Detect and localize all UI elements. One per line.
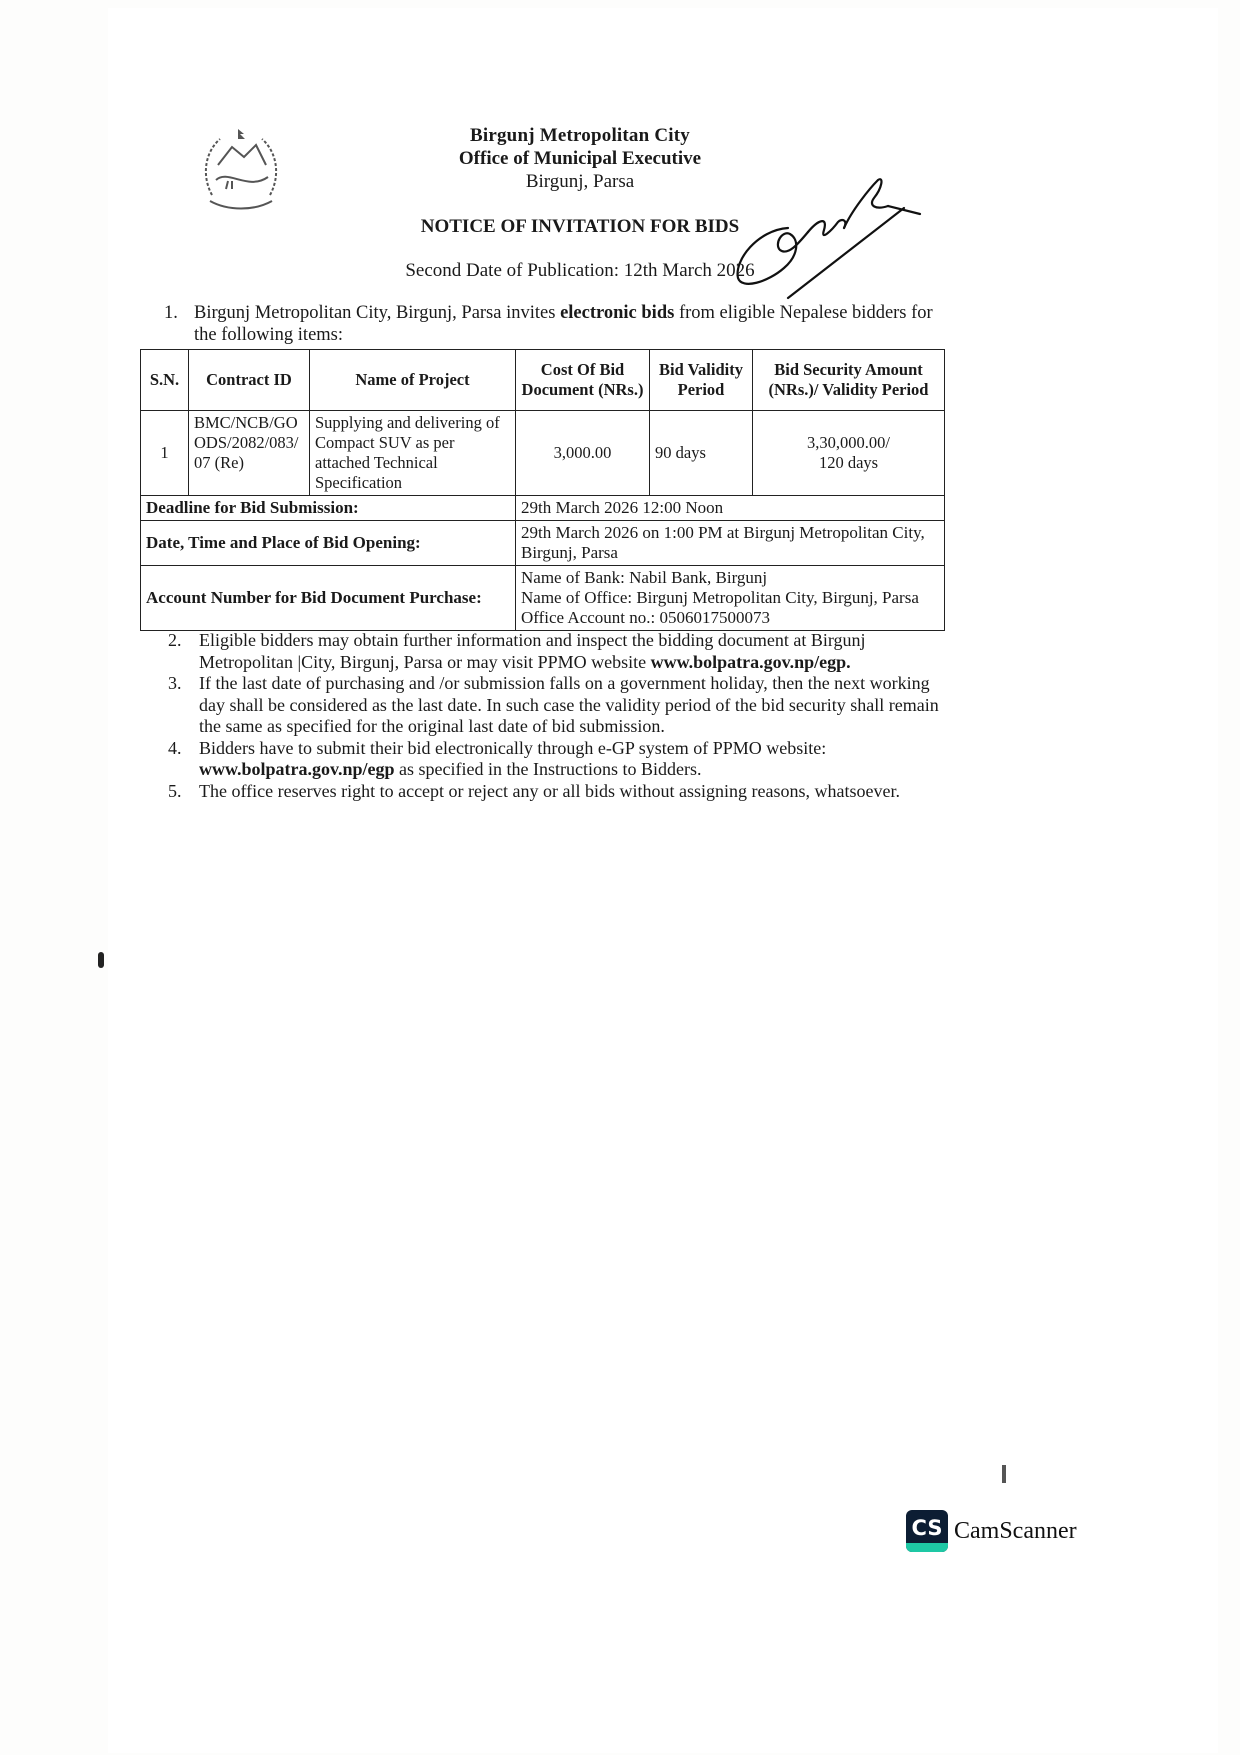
- col-security: Bid Security Amount (NRs.)/ Validity Per…: [753, 350, 945, 411]
- bid-items-table: S.N. Contract ID Name of Project Cost Of…: [140, 349, 945, 631]
- opening-row: Date, Time and Place of Bid Opening: 29t…: [141, 521, 945, 566]
- intro-paragraph: 1. Birgunj Metropolitan City, Birgunj, P…: [164, 302, 944, 346]
- cell-contract-id: BMC/NCB/GOODS/2082/083/07 (Re): [189, 411, 310, 496]
- emphasis: electronic bids: [560, 303, 674, 323]
- website-link[interactable]: www.bolpatra.gov.np/egp: [199, 759, 395, 779]
- scan-artifact: [1002, 1465, 1006, 1483]
- table-header-row: S.N. Contract ID Name of Project Cost Of…: [141, 350, 945, 411]
- opening-label: Date, Time and Place of Bid Opening:: [141, 521, 516, 566]
- org-name: Birgunj Metropolitan City: [300, 124, 860, 147]
- list-item: 3.If the last date of purchasing and /or…: [168, 673, 958, 738]
- notes-list: 2.Eligible bidders may obtain further in…: [168, 630, 958, 802]
- camscanner-logo-icon: CS: [906, 1510, 948, 1552]
- cell-project: Supplying and delivering of Compact SUV …: [310, 411, 516, 496]
- list-item: 4.Bidders have to submit their bid elect…: [168, 738, 958, 781]
- col-cost: Cost Of Bid Document (NRs.): [516, 350, 650, 411]
- account-number: Office Account no.: 0506017500073: [521, 608, 939, 628]
- scan-artifact: [98, 952, 104, 968]
- table-row: 1 BMC/NCB/GOODS/2082/083/07 (Re) Supplyi…: [141, 411, 945, 496]
- item-number: 1.: [164, 302, 178, 324]
- cell-cost: 3,000.00: [516, 411, 650, 496]
- website-link[interactable]: www.bolpatra.gov.np/egp.: [651, 652, 851, 672]
- camscanner-watermark: CS CamScanner: [906, 1510, 1077, 1552]
- signature-icon: [728, 170, 928, 300]
- list-item: 2.Eligible bidders may obtain further in…: [168, 630, 958, 673]
- government-emblem-icon: [198, 125, 284, 217]
- camscanner-brand: CamScanner: [954, 1518, 1077, 1545]
- opening-value: 29th March 2026 on 1:00 PM at Birgunj Me…: [516, 521, 945, 566]
- col-validity: Bid Validity Period: [650, 350, 753, 411]
- col-sn: S.N.: [141, 350, 189, 411]
- list-item: 5.The office reserves right to accept or…: [168, 781, 958, 803]
- cell-security: 3,30,000.00/ 120 days: [753, 411, 945, 496]
- account-label: Account Number for Bid Document Purchase…: [141, 566, 516, 631]
- cell-validity: 90 days: [650, 411, 753, 496]
- cell-sn: 1: [141, 411, 189, 496]
- col-project: Name of Project: [310, 350, 516, 411]
- deadline-value: 29th March 2026 12:00 Noon: [516, 496, 945, 521]
- col-contract-id: Contract ID: [189, 350, 310, 411]
- account-row: Account Number for Bid Document Purchase…: [141, 566, 945, 631]
- deadline-row: Deadline for Bid Submission: 29th March …: [141, 496, 945, 521]
- office-name: Office of Municipal Executive: [300, 147, 860, 170]
- deadline-label: Deadline for Bid Submission:: [141, 496, 516, 521]
- account-details: Name of Bank: Nabil Bank, Birgunj Name o…: [516, 566, 945, 631]
- bank-name: Name of Bank: Nabil Bank, Birgunj: [521, 568, 939, 588]
- office-name-account: Name of Office: Birgunj Metropolitan Cit…: [521, 588, 939, 608]
